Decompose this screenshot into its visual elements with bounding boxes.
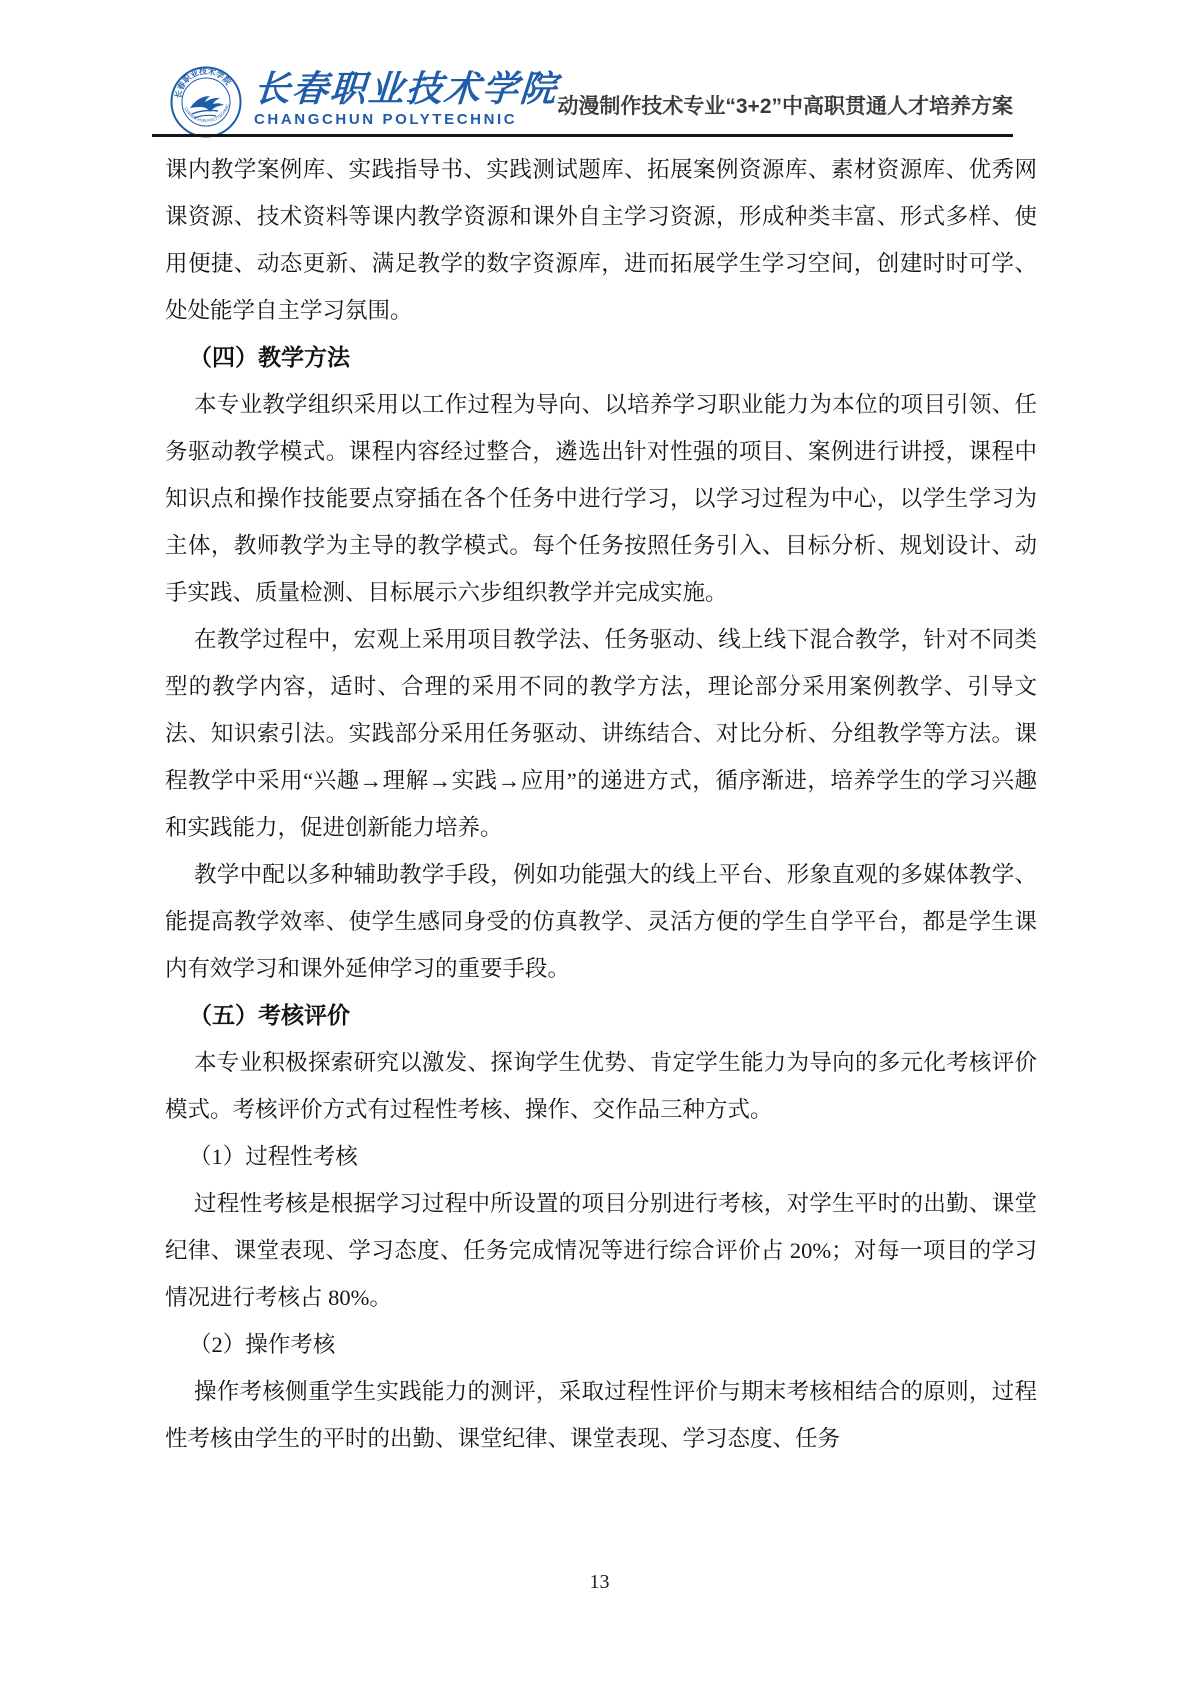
subitem-heading-1: （1）过程性考核 bbox=[165, 1133, 1037, 1180]
school-brand: 长春职业技术学院 CHANGCHUN POLYTECHNIC bbox=[254, 70, 558, 128]
school-emblem-icon: 长春职业技术学院 CHANGCHUN POLYTECHNIC bbox=[170, 66, 242, 138]
paragraph-operation-assessment: 操作考核侧重学生实践能力的测评，采取过程性评价与期末考核相结合的原则，过程性考核… bbox=[165, 1368, 1037, 1462]
paragraph-evaluation-intro: 本专业积极探索研究以激发、探询学生优势、肯定学生能力为导向的多元化考核评价模式。… bbox=[165, 1039, 1037, 1133]
document-title: 动漫制作技术专业“3+2”中高职贯通人才培养方案 bbox=[557, 90, 1013, 120]
paragraph-process-assessment: 过程性考核是根据学习过程中所设置的项目分别进行考核，对学生平时的出勤、课堂纪律、… bbox=[165, 1180, 1037, 1321]
school-name-zh: 长春职业技术学院 bbox=[253, 70, 560, 108]
page-number: 13 bbox=[0, 1571, 1199, 1594]
document-body: 课内教学案例库、实践指导书、实践测试题库、拓展案例资源库、素材资源库、优秀网课资… bbox=[165, 146, 1037, 1462]
paragraph-teaching-methods: 在教学过程中，宏观上采用项目教学法、任务驱动、线上线下混合教学，针对不同类型的教… bbox=[165, 616, 1037, 851]
paragraph-teaching-mode: 本专业教学组织采用以工作过程为导向、以培养学习职业能力为本位的项目引领、任务驱动… bbox=[165, 381, 1037, 616]
subitem-heading-2: （2）操作考核 bbox=[165, 1321, 1037, 1368]
header-divider bbox=[152, 134, 1013, 137]
section-heading-4: （四）教学方法 bbox=[165, 334, 1037, 381]
paragraph-teaching-aids: 教学中配以多种辅助教学手段，例如功能强大的线上平台、形象直观的多媒体教学、能提高… bbox=[165, 851, 1037, 992]
section-heading-5: （五）考核评价 bbox=[165, 992, 1037, 1039]
page-header: 长春职业技术学院 CHANGCHUN POLYTECHNIC 长春职业技术学院 … bbox=[0, 0, 1199, 140]
school-name-en: CHANGCHUN POLYTECHNIC bbox=[254, 111, 558, 128]
document-page: { "header": { "school_name_zh": "长春职业技术学… bbox=[0, 0, 1199, 1696]
paragraph-resources: 课内教学案例库、实践指导书、实践测试题库、拓展案例资源库、素材资源库、优秀网课资… bbox=[165, 146, 1037, 334]
